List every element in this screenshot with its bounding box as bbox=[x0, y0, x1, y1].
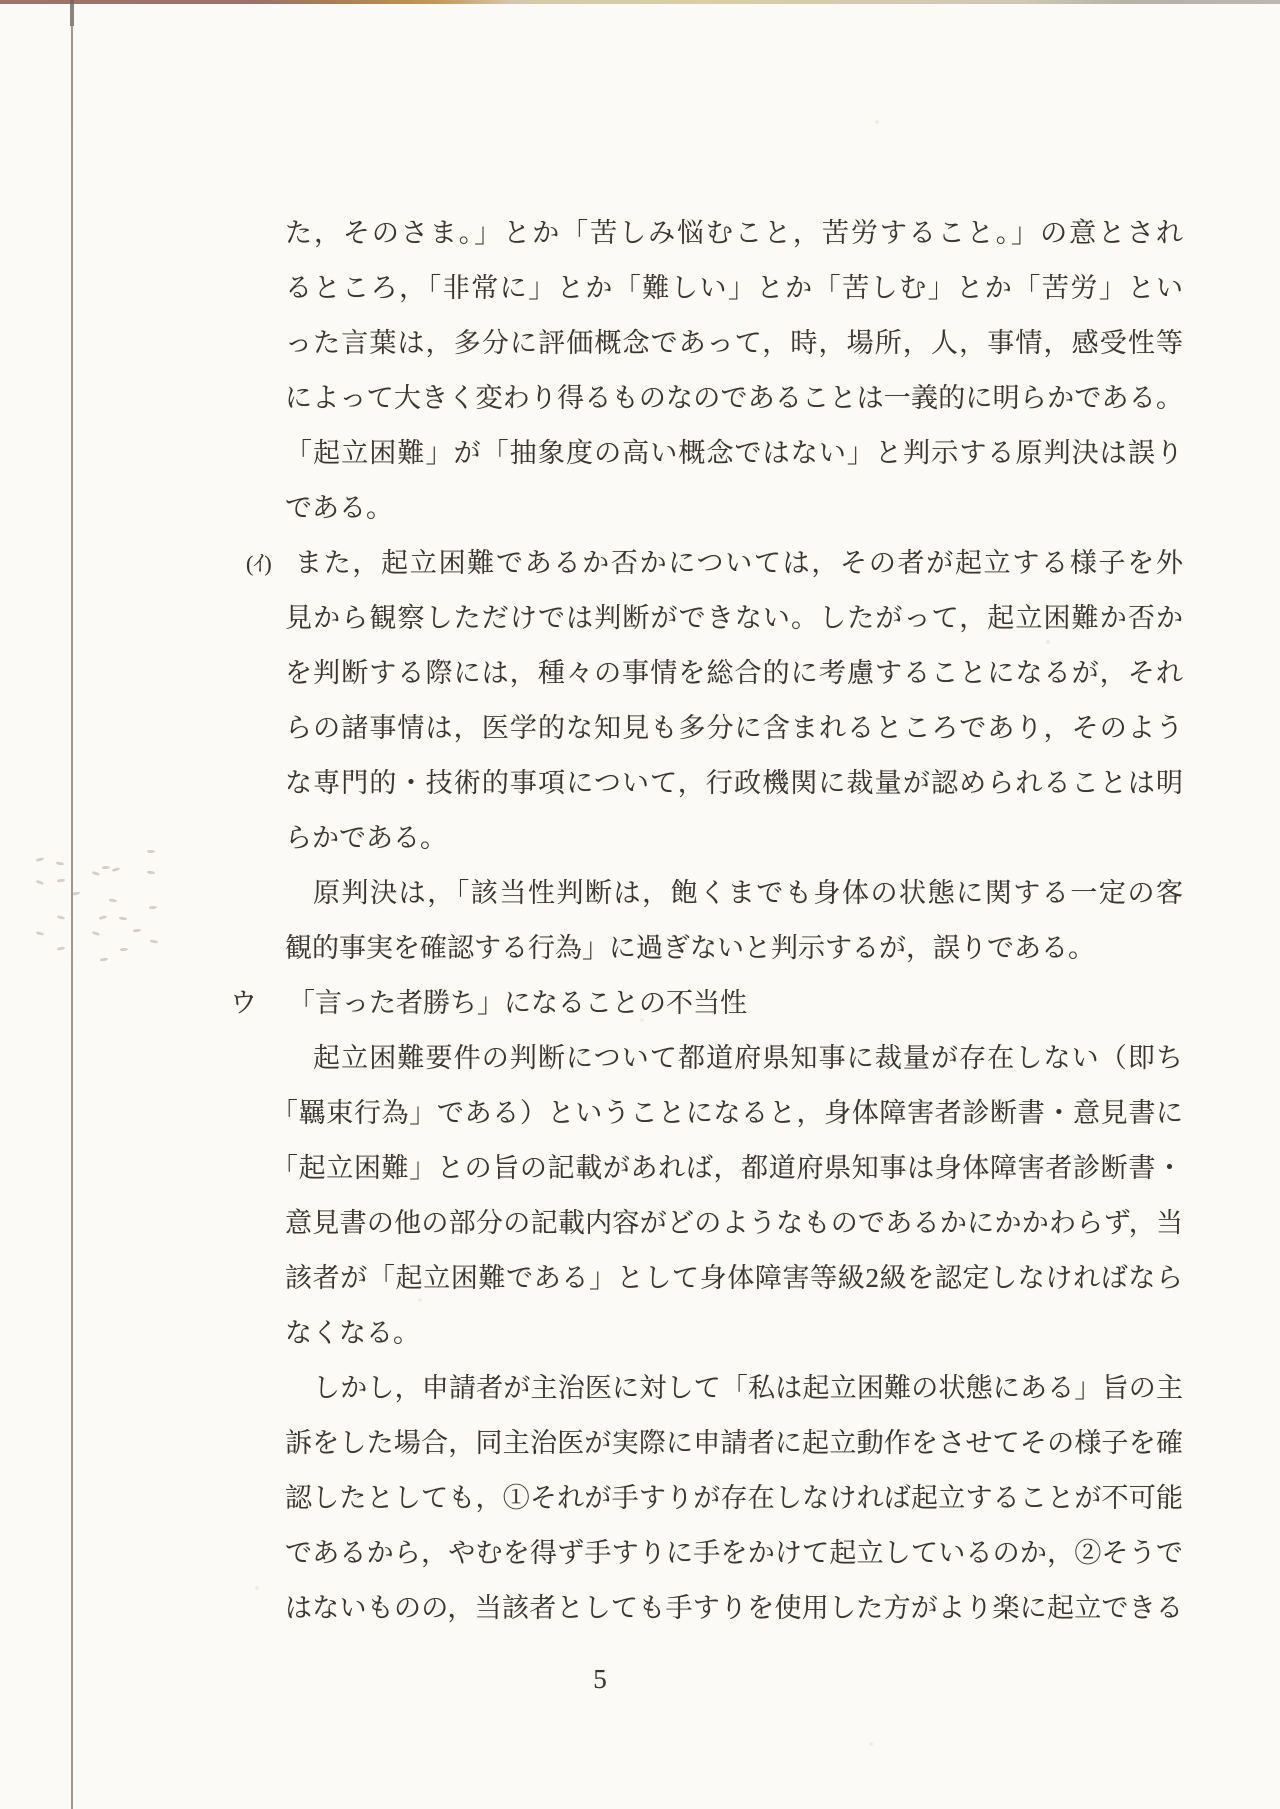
text-line: た，そのさま。」とか「苦しみ悩むこと，苦労すること。」の意とされ bbox=[285, 206, 1183, 261]
page-number: 5 bbox=[460, 1652, 740, 1706]
text-line: 観的事実を確認する行為」に過ぎないと判示するが，誤りである。 bbox=[285, 921, 1280, 976]
text-line-heading: ウ「言った者勝ち」になることの不当性 bbox=[230, 976, 1280, 1031]
text-line: 「起立困難」が「抽象度の高い概念ではない」と判示する原判決は誤り bbox=[285, 426, 1183, 481]
text-line-text: また，起立困難であるか否かについては，その者が起立する様子を外 bbox=[295, 536, 1183, 591]
heading-text: 「言った者勝ち」になることの不当性 bbox=[288, 988, 747, 1018]
item-marker-u: ウ bbox=[230, 988, 257, 1018]
text-line: 認したとしても，①それが手すりが存在しなければ起立することが不可能 bbox=[285, 1471, 1183, 1526]
text-line: 起立困難要件の判断について都道府県知事に裁量が存在しない（即ち bbox=[313, 1031, 1183, 1086]
text-line: な専門的・技術的事項について，行政機関に裁量が認められることは明 bbox=[285, 756, 1183, 811]
text-line: しかし，申請者が主治医に対して「私は起立困難の状態にある」旨の主 bbox=[313, 1361, 1183, 1416]
text-line: なくなる。 bbox=[285, 1306, 1280, 1361]
text-line: った言葉は，多分に評価概念であって，時，場所，人，事情，感受性等 bbox=[285, 316, 1183, 371]
text-line: らかである。 bbox=[285, 811, 1280, 866]
text-line: はないものの，当該者としても手すりを使用した方がより楽に起立できる bbox=[285, 1581, 1183, 1636]
text-line: であるから，やむを得ず手すりに手をかけて起立しているのか，②そうで bbox=[285, 1526, 1183, 1581]
text-line: 意見書の他の部分の記載内容がどのようなものであるかにかかわらず，当 bbox=[285, 1196, 1183, 1251]
text-line: 「起立困難」との旨の記載があれば，都道府県知事は身体障害者診断書・ bbox=[271, 1141, 1183, 1196]
item-marker-i: (ｲ) bbox=[246, 536, 295, 591]
noise-dot bbox=[869, 1742, 873, 1746]
text-line: 原判決は，「該当性判断は，飽くまでも身体の状態に関する一定の客 bbox=[313, 866, 1183, 921]
noise-dot bbox=[875, 120, 879, 124]
text-line: 見から観察しただけでは判断ができない。したがって，起立困難か否か bbox=[285, 591, 1183, 646]
text-line: (ｲ)また，起立困難であるか否かについては，その者が起立する様子を外 bbox=[246, 536, 1183, 591]
text-line: を判断する際には，種々の事情を総合的に考慮することになるが，それ bbox=[285, 646, 1183, 701]
text-line: である。 bbox=[285, 481, 1280, 536]
scanned-document-page: た，そのさま。」とか「苦しみ悩むこと，苦労すること。」の意とされ るところ，「非… bbox=[0, 0, 1280, 1809]
scan-top-edge-line bbox=[0, 0, 1280, 4]
text-line: 該者が「起立困難である」として身体障害等級2級を認定しなければなら bbox=[285, 1251, 1183, 1306]
text-line: 訴をした場合，同主治医が実際に申請者に起立動作をさせてその様子を確 bbox=[285, 1416, 1183, 1471]
text-line: らの諸事情は，医学的な知見も多分に含まれるところであり，そのよう bbox=[285, 701, 1183, 756]
text-line: によって大きく変わり得るものなのであることは一義的に明らかである。 bbox=[285, 371, 1183, 426]
document-text-block: た，そのさま。」とか「苦しみ悩むこと，苦労すること。」の意とされ るところ，「非… bbox=[0, 206, 1280, 1636]
text-line: るところ，「非常に」とか「難しい」とか「苦しむ」とか「苦労」とい bbox=[285, 261, 1183, 316]
text-line: 「羈束行為」である）ということになると，身体障害者診断書・意見書に bbox=[271, 1086, 1183, 1141]
